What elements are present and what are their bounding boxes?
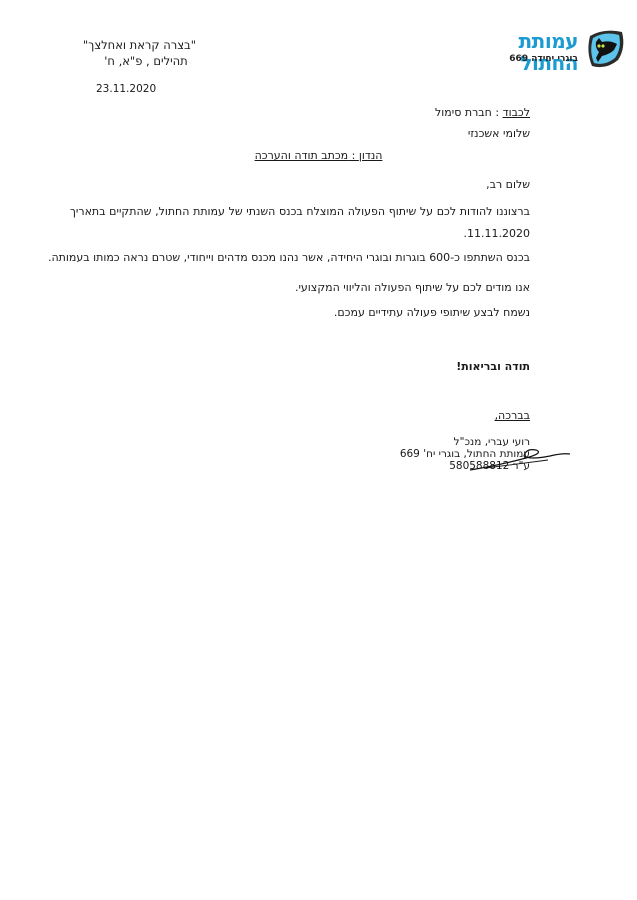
recipient-line: לכבוד : חברת סימול [435,106,530,120]
logo-subtitle: בוגרי יחידה 669 [509,54,578,65]
organization-logo: עמותת החתול בוגרי יחידה 669 [470,26,626,72]
logo-title: עמותת החתול [470,30,578,74]
thanks-line: תודה ובריאות! [456,360,530,374]
letter-date: 23.11.2020 [96,82,156,96]
quote-line-2: תהילים , פ"א, ח' [96,54,196,68]
quote-line-1: "בצרה קראת ואחלצך" [96,38,196,52]
handwritten-signature [466,444,576,474]
paragraph-2: בכנס השתתפו כ-600 בוגרות ובוגרי היחידה, … [48,251,530,265]
subject-value: מכתב תודה והערכה [255,149,349,162]
closing-line: בברכה, [495,409,530,423]
recipient-company: חברת סימול [435,106,492,119]
paragraph-3: אנו מודים לכם על שיתוף הפעולה והליווי המ… [295,281,530,295]
paragraph-4: נשמח לבצע שיתופי פעולה עתידיים עמכם. [334,306,530,320]
recipient-label: לכבוד [503,106,530,119]
greeting: שלום רב, [486,178,530,192]
recipient-name: שלומי אשכנזי [468,127,530,141]
subject-line: הנדון : מכתב תודה והערכה [0,149,637,163]
paragraph-1: ברצוננו להודות לכם על שיתוף הפעולה המוצל… [70,201,530,245]
black-cat-shield-icon [584,28,626,70]
subject-label: הנדון [359,149,383,162]
recipient-separator: : [492,106,503,119]
subject-separator: : [348,149,359,162]
